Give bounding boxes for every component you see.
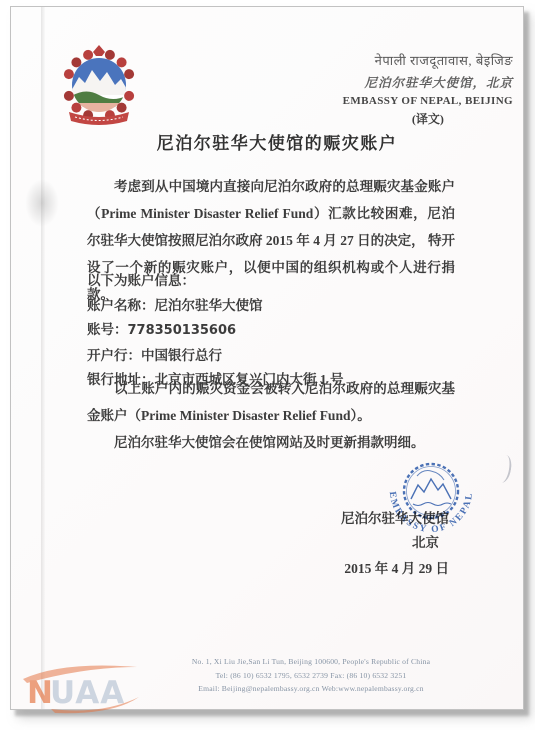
letterhead-english: EMBASSY OF NEPAL, BEIJING [343,95,513,107]
account-name-value: 尼泊尔驻华大使馆 [155,298,263,313]
footer-email-line: Email: Beijing@nepalembassy.org.cn Web:w… [107,682,515,696]
page-fold-shadow [41,7,45,709]
account-number-row: 账号：778350135606 [87,318,455,344]
account-number-label: 账号： [87,322,128,337]
document-title: 尼泊尔驻华大使馆的赈灾账户 [71,129,483,154]
nuaa-watermark-logo: N UAA [19,659,147,715]
account-bank-row: 开户行：中国银行总行 [87,344,455,369]
scan-smudge [25,179,59,227]
pen-mark-artifact [497,454,514,484]
account-info-block: 以下为账户信息： 账户名称：尼泊尔驻华大使馆 账号：778350135606 开… [87,269,455,393]
embassy-seal-stamp: EMBASSY OF NEPAL [383,449,479,541]
translation-note: (译文) [343,110,513,127]
account-number-value: 778350135606 [128,323,237,338]
account-bank-value: 中国银行总行 [141,348,222,363]
account-heading: 以下为账户信息： [87,269,455,294]
account-name-row: 账户名称：尼泊尔驻华大使馆 [87,294,455,319]
footer-address-line: No. 1, Xi Liu Jie,San Li Tun, Beijing 10… [107,655,515,669]
account-name-label: 账户名称： [87,298,155,313]
footer-phone-line: Tel: (86 10) 6532 1795, 6532 2739 Fax: (… [107,669,515,683]
signature-date: 2015 年 4 月 29 日 [341,557,449,577]
letterhead: नेपाली राजदूतावास, बेइजिङ 尼泊尔驻华大使馆，北京 EM… [343,51,513,127]
svg-text:EMBASSY OF NEPAL: EMBASSY OF NEPAL [387,491,475,535]
letterhead-devanagari: नेपाली राजदूतावास, बेइजिङ [343,51,513,69]
letterhead-chinese: 尼泊尔驻华大使馆，北京 [343,73,513,91]
seal-text: EMBASSY OF NEPAL [387,491,475,535]
footer-address-block: No. 1, Xi Liu Jie,San Li Tun, Beijing 10… [107,655,515,696]
paragraph-transfer: 以上账户内的赈灾资金会被转入尼泊尔政府的总理赈灾基金账户（Prime Minis… [87,375,455,429]
watermark-letters-uaa: UAA [50,675,125,711]
nepal-coat-of-arms-icon [55,45,143,129]
account-bank-label: 开户行： [87,348,141,363]
letter-page: नेपाली राजदूतावास, बेइजिङ 尼泊尔驻华大使馆，北京 EM… [10,6,524,710]
